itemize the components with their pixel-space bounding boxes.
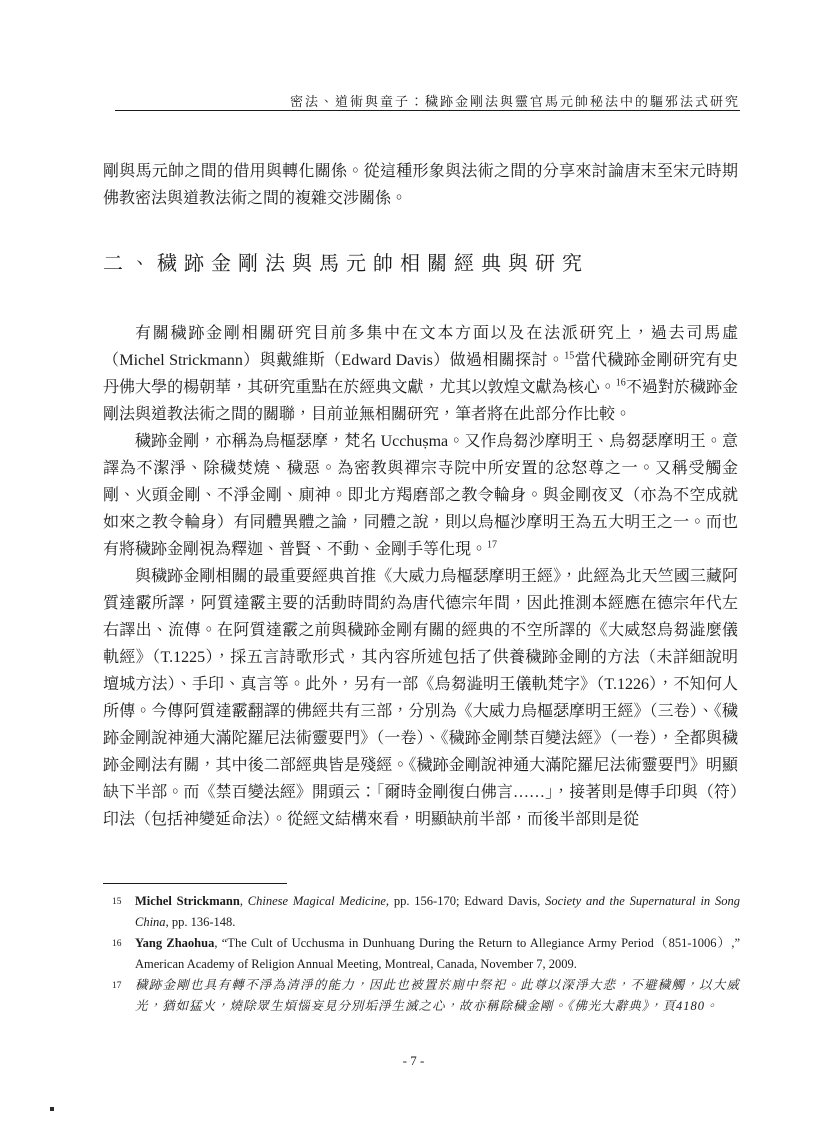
paragraph-continuation: 剛與馬元帥之間的借用與轉化關係。從這種形象與法術之間的分享來討論唐末至宋元時期佛… bbox=[103, 158, 738, 212]
running-header-title: 密法、道術與童子：穢跡金剛法與靈官馬元帥秘法中的驅邪法式研究 bbox=[103, 91, 740, 110]
footnotes-section: 15Michel Strickmann, Chinese Magical Med… bbox=[103, 891, 740, 1017]
paragraph-text: 穢跡金剛，亦稱為烏樞瑟摩，梵名 Ucchuṣma。又作烏芻沙摩明王、烏芻瑟摩明王… bbox=[103, 433, 738, 558]
page-number: - 7 - bbox=[0, 1053, 827, 1069]
footnote-16: 16Yang Zhaohua, “The Cult of Ucchusma in… bbox=[103, 933, 740, 975]
footnote-author: Yang Zhaohua bbox=[135, 936, 214, 950]
document-page: 密法、道術與童子：穢跡金剛法與靈官馬元帥秘法中的驅邪法式研究 剛與馬元帥之間的借… bbox=[0, 0, 827, 1122]
paragraph-ucchusma-names: 穢跡金剛，亦稱為烏樞瑟摩，梵名 Ucchuṣma。又作烏芻沙摩明王、烏芻瑟摩明王… bbox=[103, 428, 738, 563]
footnote-author: Michel Strickmann bbox=[135, 894, 240, 908]
footnote-text: , “The Cult of Ucchusma in Dunhuang Duri… bbox=[135, 936, 740, 971]
footnote-17: 17穢跡金剛也具有轉不淨為清淨的能力，因此也被置於廁中祭祀。此尊以深淨大悲，不避… bbox=[103, 975, 740, 1017]
footnote-number: 15 bbox=[112, 892, 122, 913]
scan-artifact bbox=[50, 1107, 54, 1111]
footnote-number: 16 bbox=[112, 934, 122, 955]
section-heading: 二、穢跡金剛法與馬元帥相關經典與研究 bbox=[103, 247, 763, 276]
footnote-text: 穢跡金剛也具有轉不淨為清淨的能力，因此也被置於廁中祭祀。此尊以深淨大悲，不避穢觸… bbox=[135, 978, 740, 1013]
footnote-ref-17: 17 bbox=[487, 540, 497, 551]
footnote-text: , pp. 156-170; Edward Davis, bbox=[386, 894, 545, 908]
paragraph-scriptures: 與穢跡金剛相關的最重要經典首推《大威力烏樞瑟摩明王經》，此經為北天竺國三藏阿質達… bbox=[103, 563, 738, 833]
footnote-text: , bbox=[240, 894, 248, 908]
footnote-separator-rule bbox=[103, 883, 287, 884]
footnote-15: 15Michel Strickmann, Chinese Magical Med… bbox=[103, 891, 740, 933]
footnote-text: , pp. 136-148. bbox=[166, 915, 236, 929]
paragraph-research-overview: 有關穢跡金剛相關研究目前多集中在文本方面以及在法派研究上，過去司馬虛（Miche… bbox=[103, 320, 738, 428]
footnote-ref-15: 15 bbox=[564, 351, 574, 362]
footnote-ref-16: 16 bbox=[616, 378, 626, 389]
header-rule bbox=[115, 110, 740, 111]
footnote-book-title: Chinese Magical Medicine bbox=[248, 894, 386, 908]
footnote-number: 17 bbox=[112, 976, 122, 997]
